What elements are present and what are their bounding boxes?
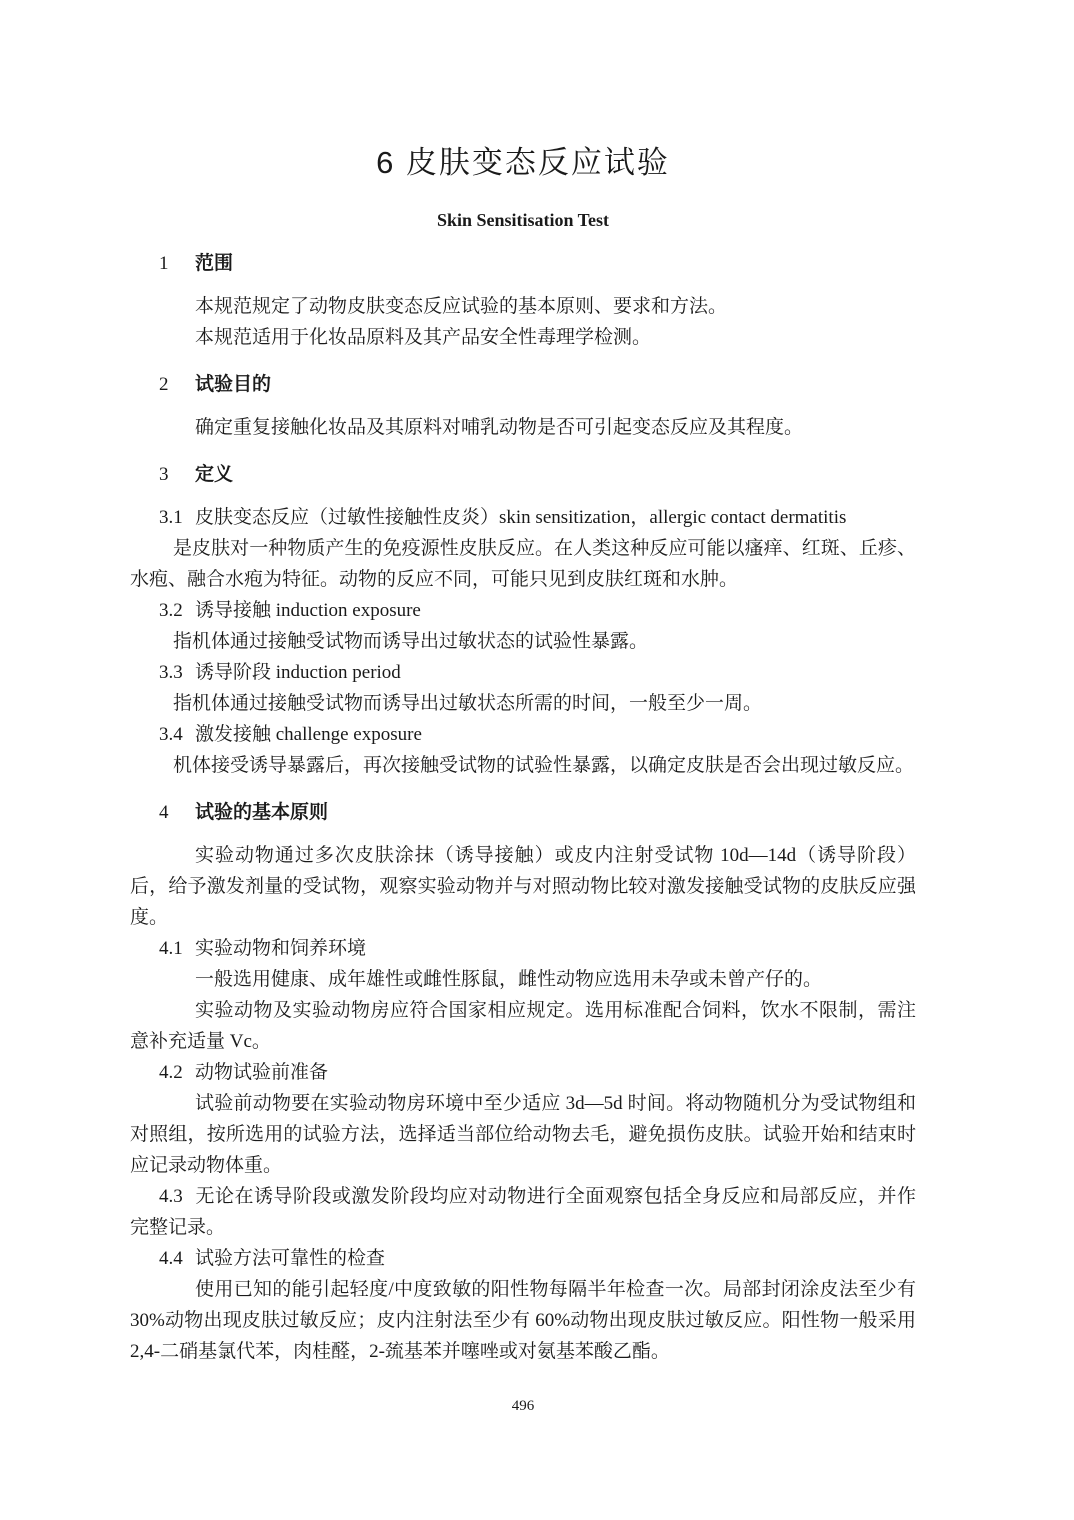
block-number: 3.1	[159, 502, 195, 533]
block-number: 3.3	[159, 657, 195, 688]
block-text: 无论在诱导阶段或激发阶段均应对动物进行全面观察包括全身反应和局部反应，并作完整记…	[130, 1186, 916, 1238]
document-block: 4.3无论在诱导阶段或激发阶段均应对动物进行全面观察包括全身反应和局部反应，并作…	[130, 1181, 916, 1243]
document-subtitle: Skin Sensitisation Test	[130, 208, 916, 232]
block-text: 是皮肤对一种物质产生的免疫源性皮肤反应。在人类这种反应可能以瘙痒、红斑、丘疹、水…	[130, 538, 916, 590]
block-text: 确定重复接触化妆品及其原料对哺乳动物是否可引起变态反应及其程度。	[195, 417, 803, 438]
document-page: 6 皮肤变态反应试验 Skin Sensitisation Test 1范围本规…	[0, 0, 1074, 1520]
document-block: 3.2诱导接触 induction exposure	[130, 595, 916, 626]
block-number: 4.4	[159, 1243, 195, 1274]
block-text: 定义	[195, 464, 233, 485]
document-block: 3.1皮肤变态反应（过敏性接触性皮炎）skin sensitization，al…	[130, 502, 916, 533]
block-number: 2	[159, 369, 195, 400]
document-block: 使用已知的能引起轻度/中度致敏的阳性物每隔半年检查一次。局部封闭涂皮法至少有 3…	[130, 1274, 916, 1367]
document-block: 实验动物及实验动物房应符合国家相应规定。选用标准配合饲料，饮水不限制，需注意补充…	[130, 995, 916, 1057]
block-text: 皮肤变态反应（过敏性接触性皮炎）skin sensitization，aller…	[195, 507, 846, 528]
document-title: 6 皮肤变态反应试验	[130, 142, 916, 184]
document-block: 3.4激发接触 challenge exposure	[130, 719, 916, 750]
block-text: 实验动物通过多次皮肤涂抹（诱导接触）或皮内注射受试物 10d—14d（诱导阶段）…	[130, 845, 916, 928]
block-text: 指机体通过接触受试物而诱导出过敏状态所需的时间，一般至少一周。	[173, 693, 762, 714]
block-text: 诱导接触 induction exposure	[195, 600, 421, 621]
block-number: 1	[159, 248, 195, 279]
block-text: 试验目的	[195, 374, 271, 395]
document-block: 3定义	[130, 459, 916, 490]
document-block: 4.1实验动物和饲养环境	[130, 933, 916, 964]
document-content: 6 皮肤变态反应试验 Skin Sensitisation Test 1范围本规…	[130, 142, 916, 1417]
document-block: 本规范适用于化妆品原料及其产品安全性毒理学检测。	[130, 322, 916, 353]
block-text: 范围	[195, 253, 233, 274]
page-number: 496	[130, 1395, 916, 1417]
document-block: 4试验的基本原则	[130, 797, 916, 828]
block-text: 实验动物和饲养环境	[195, 938, 366, 959]
document-block: 指机体通过接触受试物而诱导出过敏状态的试验性暴露。	[130, 626, 916, 657]
block-number: 3.2	[159, 595, 195, 626]
block-text: 动物试验前准备	[195, 1062, 328, 1083]
document-block: 3.3诱导阶段 induction period	[130, 657, 916, 688]
block-text: 试验的基本原则	[195, 802, 328, 823]
block-text: 一般选用健康、成年雄性或雌性豚鼠，雌性动物应选用未孕或未曾产仔的。	[195, 969, 822, 990]
block-text: 本规范规定了动物皮肤变态反应试验的基本原则、要求和方法。	[195, 296, 727, 317]
block-text: 诱导阶段 induction period	[195, 662, 401, 683]
block-number: 3	[159, 459, 195, 490]
block-text: 使用已知的能引起轻度/中度致敏的阳性物每隔半年检查一次。局部封闭涂皮法至少有 3…	[130, 1279, 916, 1362]
block-text: 激发接触 challenge exposure	[195, 724, 422, 745]
document-block: 一般选用健康、成年雄性或雌性豚鼠，雌性动物应选用未孕或未曾产仔的。	[130, 964, 916, 995]
document-block: 机体接受诱导暴露后，再次接触受试物的试验性暴露，以确定皮肤是否会出现过敏反应。	[130, 750, 916, 781]
document-body: 1范围本规范规定了动物皮肤变态反应试验的基本原则、要求和方法。本规范适用于化妆品…	[130, 248, 916, 1367]
document-block: 本规范规定了动物皮肤变态反应试验的基本原则、要求和方法。	[130, 291, 916, 322]
block-text: 试验前动物要在实验动物房环境中至少适应 3d—5d 时间。将动物随机分为受试物组…	[130, 1093, 916, 1176]
block-number: 4.2	[159, 1057, 195, 1088]
document-block: 试验前动物要在实验动物房环境中至少适应 3d—5d 时间。将动物随机分为受试物组…	[130, 1088, 916, 1181]
document-block: 指机体通过接触受试物而诱导出过敏状态所需的时间，一般至少一周。	[130, 688, 916, 719]
block-text: 机体接受诱导暴露后，再次接触受试物的试验性暴露，以确定皮肤是否会出现过敏反应。	[173, 755, 914, 776]
document-block: 1范围	[130, 248, 916, 279]
document-block: 实验动物通过多次皮肤涂抹（诱导接触）或皮内注射受试物 10d—14d（诱导阶段）…	[130, 840, 916, 933]
block-text: 指机体通过接触受试物而诱导出过敏状态的试验性暴露。	[173, 631, 648, 652]
block-number: 4	[159, 797, 195, 828]
document-block: 4.4试验方法可靠性的检查	[130, 1243, 916, 1274]
block-number: 4.1	[159, 933, 195, 964]
document-block: 是皮肤对一种物质产生的免疫源性皮肤反应。在人类这种反应可能以瘙痒、红斑、丘疹、水…	[130, 533, 916, 595]
block-text: 试验方法可靠性的检查	[195, 1248, 385, 1269]
document-block: 2试验目的	[130, 369, 916, 400]
block-text: 实验动物及实验动物房应符合国家相应规定。选用标准配合饲料，饮水不限制，需注意补充…	[130, 1000, 916, 1052]
block-number: 4.3	[159, 1181, 195, 1212]
block-number: 3.4	[159, 719, 195, 750]
block-text: 本规范适用于化妆品原料及其产品安全性毒理学检测。	[195, 327, 651, 348]
document-block: 确定重复接触化妆品及其原料对哺乳动物是否可引起变态反应及其程度。	[130, 412, 916, 443]
document-block: 4.2动物试验前准备	[130, 1057, 916, 1088]
